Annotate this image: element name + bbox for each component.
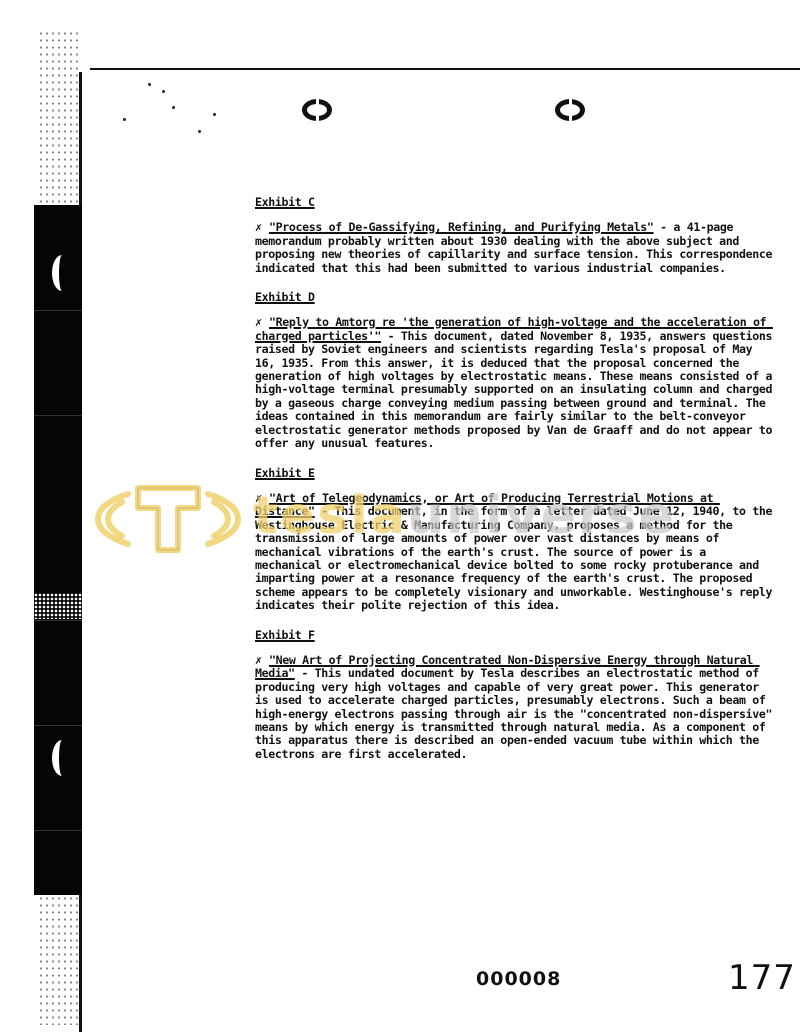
punch-hole-right-icon — [555, 99, 585, 121]
scan-speck — [198, 130, 201, 133]
scan-noise-top — [38, 30, 78, 205]
exhibit-heading: Exhibit F — [255, 629, 775, 642]
exhibit-c: Exhibit C ✗"Process of De-Gassifying, Re… — [255, 196, 775, 275]
punch-hole-crescent-icon — [52, 740, 72, 776]
exhibit-paragraph: ✗"Reply to Amtorg re 'the generation of … — [255, 316, 775, 450]
exhibit-description: - This document, in the form of a letter… — [255, 504, 779, 612]
scan-speck — [213, 113, 216, 116]
punch-hole-crescent-icon — [52, 255, 72, 291]
binding-speckle — [34, 593, 82, 619]
exhibit-title: "Process of De-Gassifying, Refining, and… — [269, 220, 654, 234]
exhibit-description: - This undated document by Tesla describ… — [255, 666, 779, 760]
annotation-mark-icon: ✗ — [255, 654, 269, 667]
scan-noise-bottom — [38, 895, 78, 1025]
binding-divider — [34, 620, 82, 621]
binding-divider — [34, 830, 82, 831]
exhibit-heading: Exhibit C — [255, 196, 775, 209]
exhibit-paragraph: ✗"Art of Telegeodynamics, or Art of Prod… — [255, 492, 775, 613]
exhibit-heading: Exhibit E — [255, 467, 775, 480]
tesla-universe-logo-icon — [88, 482, 248, 556]
document-body: Exhibit C ✗"Process of De-Gassifying, Re… — [255, 196, 775, 777]
annotation-mark-icon: ✗ — [255, 316, 269, 329]
exhibit-paragraph: ✗"New Art of Projecting Concentrated Non… — [255, 654, 775, 761]
scan-speck — [172, 106, 175, 109]
page-number: 177 — [728, 958, 796, 998]
exhibit-paragraph: ✗"Process of De-Gassifying, Refining, an… — [255, 221, 775, 275]
scanned-page: Exhibit C ✗"Process of De-Gassifying, Re… — [0, 0, 800, 1034]
binding-divider — [34, 310, 82, 311]
binding-divider — [34, 725, 82, 726]
scan-speck — [123, 118, 126, 121]
scan-speck — [148, 83, 151, 86]
binding-strip — [34, 205, 82, 895]
exhibit-e: Exhibit E ✗"Art of Telegeodynamics, or A… — [255, 467, 775, 613]
exhibit-d: Exhibit D ✗"Reply to Amtorg re 'the gene… — [255, 291, 775, 450]
exhibit-heading: Exhibit D — [255, 291, 775, 304]
annotation-mark-icon: ✗ — [255, 221, 269, 234]
annotation-mark-icon: ✗ — [255, 492, 269, 505]
exhibit-f: Exhibit F ✗"New Art of Projecting Concen… — [255, 629, 775, 762]
scan-speck — [162, 90, 165, 93]
punch-hole-left-icon — [302, 99, 332, 121]
document-id: 000008 — [476, 968, 561, 990]
top-border-line — [90, 68, 800, 70]
exhibit-description: - This document, dated November 8, 1935,… — [255, 329, 779, 450]
binding-divider — [34, 415, 82, 416]
